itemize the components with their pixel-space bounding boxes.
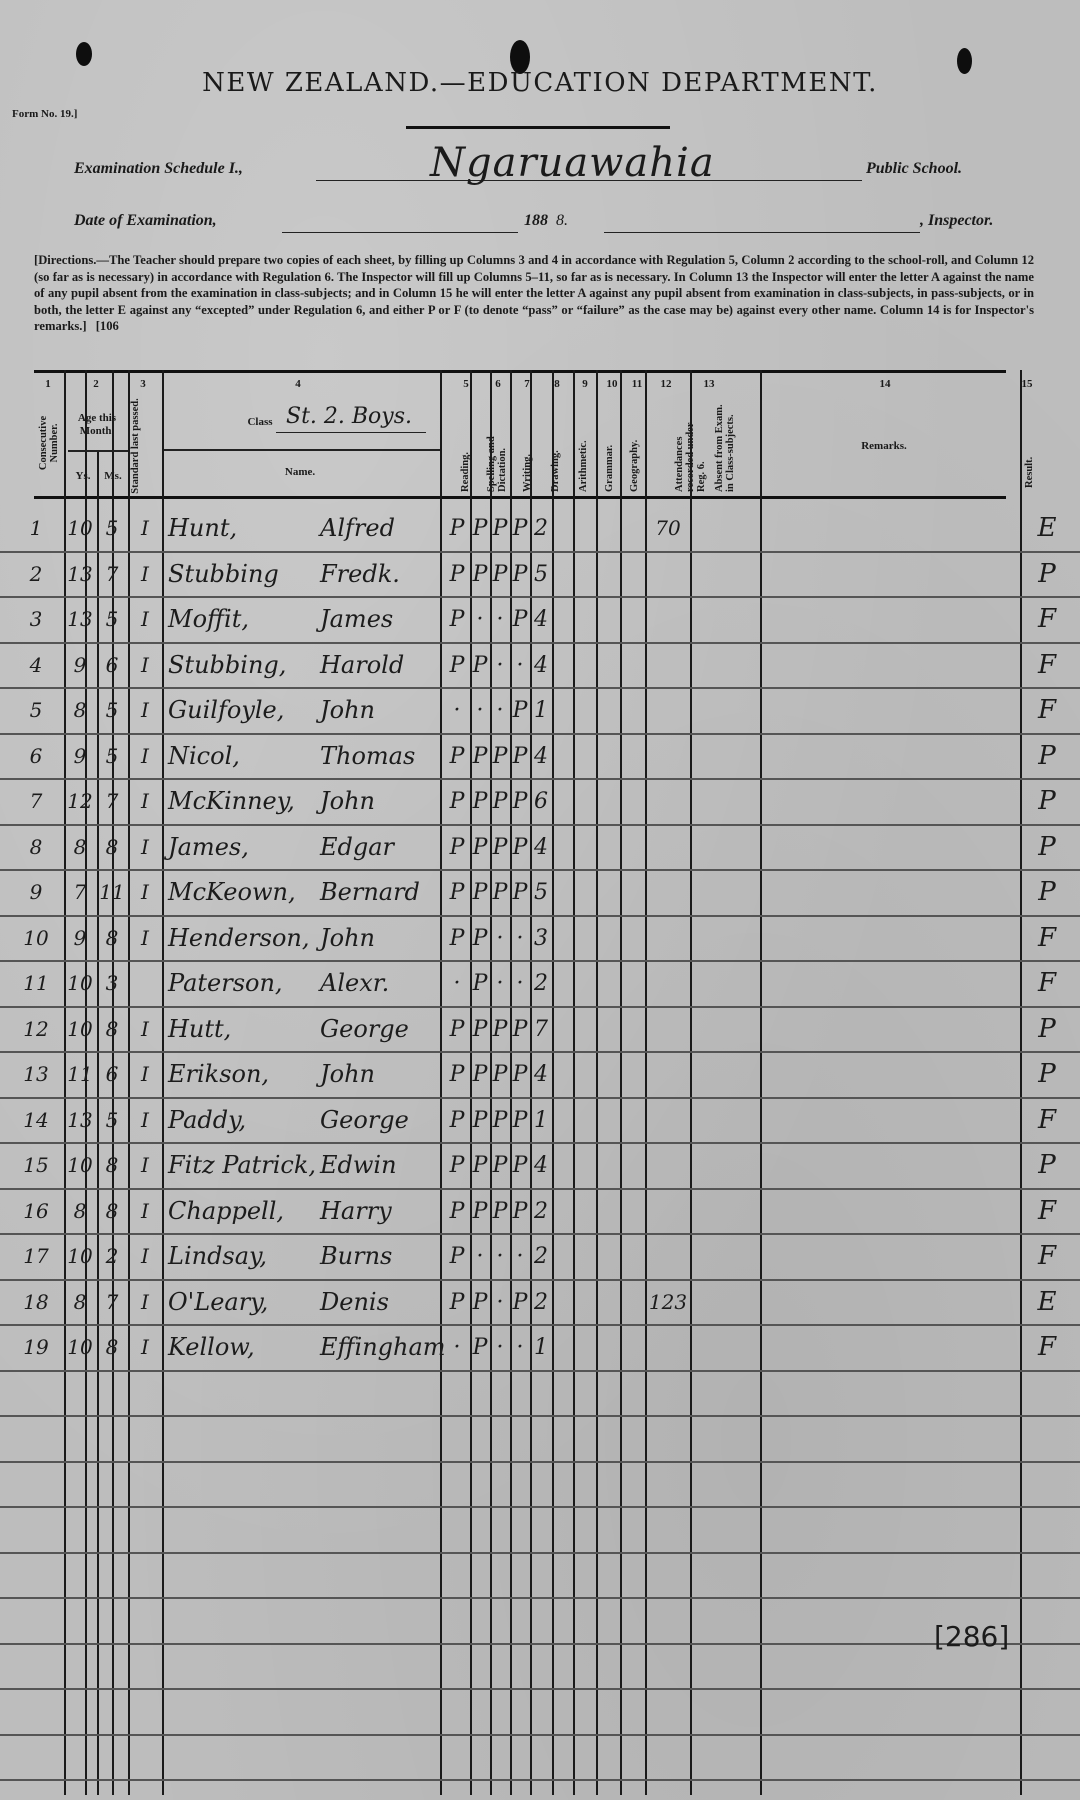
attendances-cell[interactable] xyxy=(646,1098,690,1142)
writing-cell[interactable]: · xyxy=(490,961,510,1005)
consecutive-number-cell[interactable]: 17 xyxy=(10,1234,62,1278)
geography-cell[interactable] xyxy=(573,1234,596,1278)
grammar-cell[interactable] xyxy=(552,734,573,778)
remarks-cell[interactable] xyxy=(762,1098,1018,1142)
arithmetic-cell[interactable]: 4 xyxy=(530,1052,552,1096)
age-months-cell[interactable]: 2 xyxy=(98,1234,126,1278)
drawing-cell[interactable]: P xyxy=(510,734,530,778)
result-cell[interactable]: F xyxy=(1022,1325,1072,1369)
grammar-cell[interactable] xyxy=(552,961,573,1005)
given-name-cell[interactable]: Thomas xyxy=(316,734,444,778)
surname-cell[interactable]: Chappell, xyxy=(164,1189,318,1233)
grammar-cell[interactable] xyxy=(552,1280,573,1324)
result-cell[interactable]: F xyxy=(1022,688,1072,732)
given-name-cell[interactable]: Fredk. xyxy=(316,552,444,596)
drawing-cell[interactable]: · xyxy=(510,643,530,687)
surname-cell[interactable]: James, xyxy=(164,825,318,869)
arithmetic-cell[interactable]: 2 xyxy=(530,506,552,550)
grammar-cell[interactable] xyxy=(552,916,573,960)
standard-cell[interactable]: I xyxy=(129,1234,161,1278)
arithmetic-cell[interactable]: 5 xyxy=(530,870,552,914)
age-years-cell[interactable]: 13 xyxy=(66,597,94,641)
writing-cell[interactable]: · xyxy=(490,1325,510,1369)
remarks-cell[interactable] xyxy=(762,552,1018,596)
spelling-cell[interactable]: P xyxy=(470,1098,490,1142)
age-years-cell[interactable]: 11 xyxy=(66,1052,94,1096)
age-years-cell[interactable]: 9 xyxy=(66,643,94,687)
spelling-cell[interactable]: · xyxy=(470,688,490,732)
given-name-cell[interactable]: John xyxy=(316,688,444,732)
consecutive-number-cell[interactable]: 12 xyxy=(10,1007,62,1051)
arithmetic-cell[interactable]: 4 xyxy=(530,734,552,778)
consecutive-number-cell[interactable]: 8 xyxy=(10,825,62,869)
arithmetic-cell[interactable]: 5 xyxy=(530,552,552,596)
reading-cell[interactable]: P xyxy=(445,1280,469,1324)
given-name-cell[interactable]: James xyxy=(316,597,444,641)
arithmetic-cell[interactable]: 4 xyxy=(530,643,552,687)
absent-cell[interactable] xyxy=(690,1234,760,1278)
reading-cell[interactable]: · xyxy=(445,1325,469,1369)
age-years-cell[interactable]: 8 xyxy=(66,1189,94,1233)
result-cell[interactable]: F xyxy=(1022,1189,1072,1233)
remarks-cell[interactable] xyxy=(762,825,1018,869)
age-years-cell[interactable]: 8 xyxy=(66,1280,94,1324)
given-name-cell[interactable]: Burns xyxy=(316,1234,444,1278)
attendances-cell[interactable] xyxy=(646,597,690,641)
arithmetic-cell[interactable]: 2 xyxy=(530,1189,552,1233)
standard-cell[interactable] xyxy=(129,961,161,1005)
attendances-cell[interactable] xyxy=(646,1189,690,1233)
remarks-cell[interactable] xyxy=(762,1234,1018,1278)
drawing-cell[interactable]: · xyxy=(510,961,530,1005)
standard-cell[interactable]: I xyxy=(129,1325,161,1369)
result-cell[interactable]: P xyxy=(1022,552,1072,596)
standard-cell[interactable]: I xyxy=(129,870,161,914)
grammar-cell[interactable] xyxy=(552,506,573,550)
arithmetic-cell[interactable]: 4 xyxy=(530,825,552,869)
absent-cell[interactable] xyxy=(690,506,760,550)
reading-cell[interactable]: P xyxy=(445,1189,469,1233)
class-value-field[interactable]: St. 2. Boys. xyxy=(286,404,412,429)
writing-cell[interactable]: · xyxy=(490,597,510,641)
age-years-cell[interactable]: 8 xyxy=(66,825,94,869)
standard-cell[interactable]: I xyxy=(129,779,161,823)
age-years-cell[interactable]: 10 xyxy=(66,1007,94,1051)
absent-cell[interactable] xyxy=(690,779,760,823)
result-cell[interactable]: E xyxy=(1022,506,1072,550)
drawing-cell[interactable]: P xyxy=(510,1280,530,1324)
remarks-cell[interactable] xyxy=(762,961,1018,1005)
arithmetic-cell[interactable]: 2 xyxy=(530,961,552,1005)
age-months-cell[interactable]: 6 xyxy=(98,643,126,687)
attendances-cell[interactable] xyxy=(646,643,690,687)
absent-cell[interactable] xyxy=(690,1007,760,1051)
age-years-cell[interactable]: 10 xyxy=(66,506,94,550)
writing-cell[interactable]: P xyxy=(490,1098,510,1142)
geography-cell[interactable] xyxy=(573,643,596,687)
absent-cell[interactable] xyxy=(690,1098,760,1142)
spelling-cell[interactable]: P xyxy=(470,552,490,596)
age-months-cell[interactable]: 3 xyxy=(98,961,126,1005)
age-years-cell[interactable]: 10 xyxy=(66,1143,94,1187)
arithmetic-cell[interactable]: 2 xyxy=(530,1234,552,1278)
consecutive-number-cell[interactable]: 5 xyxy=(10,688,62,732)
age-months-cell[interactable]: 8 xyxy=(98,1325,126,1369)
result-cell[interactable]: P xyxy=(1022,779,1072,823)
remarks-cell[interactable] xyxy=(762,779,1018,823)
absent-cell[interactable] xyxy=(690,916,760,960)
consecutive-number-cell[interactable]: 7 xyxy=(10,779,62,823)
geography-cell[interactable] xyxy=(573,1007,596,1051)
grammar-cell[interactable] xyxy=(552,1325,573,1369)
arithmetic-cell[interactable]: 4 xyxy=(530,597,552,641)
writing-cell[interactable]: P xyxy=(490,1007,510,1051)
age-years-cell[interactable]: 12 xyxy=(66,779,94,823)
arithmetic-cell[interactable]: 6 xyxy=(530,779,552,823)
arithmetic-cell[interactable]: 1 xyxy=(530,1325,552,1369)
absent-cell[interactable] xyxy=(690,1325,760,1369)
remarks-cell[interactable] xyxy=(762,870,1018,914)
arithmetic-cell[interactable]: 7 xyxy=(530,1007,552,1051)
writing-cell[interactable]: P xyxy=(490,1143,510,1187)
age-months-cell[interactable]: 5 xyxy=(98,506,126,550)
grammar-cell[interactable] xyxy=(552,1007,573,1051)
drawing-cell[interactable]: P xyxy=(510,779,530,823)
consecutive-number-cell[interactable]: 11 xyxy=(10,961,62,1005)
remarks-cell[interactable] xyxy=(762,1325,1018,1369)
reading-cell[interactable]: P xyxy=(445,916,469,960)
standard-cell[interactable]: I xyxy=(129,643,161,687)
given-name-cell[interactable]: George xyxy=(316,1098,444,1142)
result-cell[interactable]: F xyxy=(1022,597,1072,641)
writing-cell[interactable]: P xyxy=(490,734,510,778)
spelling-cell[interactable]: P xyxy=(470,916,490,960)
writing-cell[interactable]: P xyxy=(490,506,510,550)
result-cell[interactable]: F xyxy=(1022,961,1072,1005)
reading-cell[interactable]: P xyxy=(445,643,469,687)
consecutive-number-cell[interactable]: 9 xyxy=(10,870,62,914)
arithmetic-cell[interactable]: 1 xyxy=(530,1098,552,1142)
attendances-cell[interactable] xyxy=(646,1007,690,1051)
given-name-cell[interactable]: John xyxy=(316,779,444,823)
writing-cell[interactable]: P xyxy=(490,1189,510,1233)
result-cell[interactable]: F xyxy=(1022,643,1072,687)
age-months-cell[interactable]: 7 xyxy=(98,552,126,596)
result-cell[interactable]: P xyxy=(1022,734,1072,778)
standard-cell[interactable]: I xyxy=(129,506,161,550)
reading-cell[interactable]: · xyxy=(445,961,469,1005)
age-months-cell[interactable]: 7 xyxy=(98,779,126,823)
age-months-cell[interactable]: 5 xyxy=(98,734,126,778)
surname-cell[interactable]: Moffit, xyxy=(164,597,318,641)
consecutive-number-cell[interactable]: 3 xyxy=(10,597,62,641)
surname-cell[interactable]: McKeown, xyxy=(164,870,318,914)
drawing-cell[interactable]: P xyxy=(510,1007,530,1051)
grammar-cell[interactable] xyxy=(552,1234,573,1278)
surname-cell[interactable]: Hunt, xyxy=(164,506,318,550)
result-cell[interactable]: P xyxy=(1022,1007,1072,1051)
remarks-cell[interactable] xyxy=(762,734,1018,778)
remarks-cell[interactable] xyxy=(762,1143,1018,1187)
writing-cell[interactable]: P xyxy=(490,1052,510,1096)
surname-cell[interactable]: Kellow, xyxy=(164,1325,318,1369)
reading-cell[interactable]: P xyxy=(445,1143,469,1187)
remarks-cell[interactable] xyxy=(762,643,1018,687)
reading-cell[interactable]: P xyxy=(445,506,469,550)
grammar-cell[interactable] xyxy=(552,552,573,596)
remarks-cell[interactable] xyxy=(762,1189,1018,1233)
absent-cell[interactable] xyxy=(690,734,760,778)
geography-cell[interactable] xyxy=(573,734,596,778)
writing-cell[interactable]: · xyxy=(490,1280,510,1324)
age-months-cell[interactable]: 8 xyxy=(98,1189,126,1233)
remarks-cell[interactable] xyxy=(762,1280,1018,1324)
geography-cell[interactable] xyxy=(573,961,596,1005)
given-name-cell[interactable]: George xyxy=(316,1007,444,1051)
geography-cell[interactable] xyxy=(573,870,596,914)
spelling-cell[interactable]: P xyxy=(470,643,490,687)
writing-cell[interactable]: · xyxy=(490,916,510,960)
standard-cell[interactable]: I xyxy=(129,688,161,732)
age-years-cell[interactable]: 9 xyxy=(66,916,94,960)
age-months-cell[interactable]: 8 xyxy=(98,825,126,869)
age-months-cell[interactable]: 8 xyxy=(98,916,126,960)
absent-cell[interactable] xyxy=(690,825,760,869)
grammar-cell[interactable] xyxy=(552,1098,573,1142)
absent-cell[interactable] xyxy=(690,597,760,641)
standard-cell[interactable]: I xyxy=(129,825,161,869)
absent-cell[interactable] xyxy=(690,1189,760,1233)
surname-cell[interactable]: Nicol, xyxy=(164,734,318,778)
geography-cell[interactable] xyxy=(573,1325,596,1369)
spelling-cell[interactable]: P xyxy=(470,1189,490,1233)
absent-cell[interactable] xyxy=(690,1143,760,1187)
standard-cell[interactable]: I xyxy=(129,552,161,596)
age-months-cell[interactable]: 11 xyxy=(98,870,126,914)
writing-cell[interactable]: P xyxy=(490,825,510,869)
attendances-cell[interactable] xyxy=(646,688,690,732)
spelling-cell[interactable]: P xyxy=(470,825,490,869)
reading-cell[interactable]: P xyxy=(445,870,469,914)
surname-cell[interactable]: O'Leary, xyxy=(164,1280,318,1324)
writing-cell[interactable]: P xyxy=(490,870,510,914)
attendances-cell[interactable] xyxy=(646,552,690,596)
attendances-cell[interactable] xyxy=(646,1234,690,1278)
consecutive-number-cell[interactable]: 1 xyxy=(10,506,62,550)
attendances-cell[interactable] xyxy=(646,870,690,914)
grammar-cell[interactable] xyxy=(552,1189,573,1233)
consecutive-number-cell[interactable]: 10 xyxy=(10,916,62,960)
result-cell[interactable]: P xyxy=(1022,825,1072,869)
age-months-cell[interactable]: 6 xyxy=(98,1052,126,1096)
reading-cell[interactable]: P xyxy=(445,597,469,641)
remarks-cell[interactable] xyxy=(762,688,1018,732)
standard-cell[interactable]: I xyxy=(129,916,161,960)
standard-cell[interactable]: I xyxy=(129,1280,161,1324)
drawing-cell[interactable]: P xyxy=(510,1098,530,1142)
geography-cell[interactable] xyxy=(573,552,596,596)
drawing-cell[interactable]: P xyxy=(510,870,530,914)
remarks-cell[interactable] xyxy=(762,1052,1018,1096)
geography-cell[interactable] xyxy=(573,688,596,732)
reading-cell[interactable]: P xyxy=(445,779,469,823)
absent-cell[interactable] xyxy=(690,870,760,914)
geography-cell[interactable] xyxy=(573,1189,596,1233)
drawing-cell[interactable]: P xyxy=(510,1143,530,1187)
spelling-cell[interactable]: P xyxy=(470,1007,490,1051)
remarks-cell[interactable] xyxy=(762,597,1018,641)
consecutive-number-cell[interactable]: 13 xyxy=(10,1052,62,1096)
absent-cell[interactable] xyxy=(690,643,760,687)
spelling-cell[interactable]: P xyxy=(470,1052,490,1096)
arithmetic-cell[interactable]: 2 xyxy=(530,1280,552,1324)
drawing-cell[interactable]: P xyxy=(510,1052,530,1096)
attendances-cell[interactable] xyxy=(646,779,690,823)
standard-cell[interactable]: I xyxy=(129,734,161,778)
writing-cell[interactable]: P xyxy=(490,552,510,596)
given-name-cell[interactable]: Harold xyxy=(316,643,444,687)
writing-cell[interactable]: P xyxy=(490,779,510,823)
surname-cell[interactable]: Paterson, xyxy=(164,961,318,1005)
reading-cell[interactable]: P xyxy=(445,552,469,596)
age-years-cell[interactable]: 10 xyxy=(66,1325,94,1369)
attendances-cell[interactable] xyxy=(646,1325,690,1369)
drawing-cell[interactable]: P xyxy=(510,688,530,732)
consecutive-number-cell[interactable]: 2 xyxy=(10,552,62,596)
consecutive-number-cell[interactable]: 18 xyxy=(10,1280,62,1324)
absent-cell[interactable] xyxy=(690,961,760,1005)
grammar-cell[interactable] xyxy=(552,779,573,823)
given-name-cell[interactable]: John xyxy=(316,916,444,960)
reading-cell[interactable]: P xyxy=(445,1052,469,1096)
result-cell[interactable]: F xyxy=(1022,1234,1072,1278)
age-years-cell[interactable]: 7 xyxy=(66,870,94,914)
drawing-cell[interactable]: · xyxy=(510,916,530,960)
spelling-cell[interactable]: P xyxy=(470,870,490,914)
given-name-cell[interactable]: Denis xyxy=(316,1280,444,1324)
age-years-cell[interactable]: 13 xyxy=(66,552,94,596)
result-cell[interactable]: F xyxy=(1022,1098,1072,1142)
age-years-cell[interactable]: 10 xyxy=(66,1234,94,1278)
age-years-cell[interactable]: 13 xyxy=(66,1098,94,1142)
geography-cell[interactable] xyxy=(573,597,596,641)
result-cell[interactable]: F xyxy=(1022,916,1072,960)
standard-cell[interactable]: I xyxy=(129,1189,161,1233)
given-name-cell[interactable]: Edwin xyxy=(316,1143,444,1187)
attendances-cell[interactable]: 70 xyxy=(646,506,690,550)
surname-cell[interactable]: Erikson, xyxy=(164,1052,318,1096)
age-months-cell[interactable]: 5 xyxy=(98,1098,126,1142)
given-name-cell[interactable]: Alexr. xyxy=(316,961,444,1005)
geography-cell[interactable] xyxy=(573,779,596,823)
geography-cell[interactable] xyxy=(573,1098,596,1142)
standard-cell[interactable]: I xyxy=(129,1098,161,1142)
standard-cell[interactable]: I xyxy=(129,1007,161,1051)
reading-cell[interactable]: P xyxy=(445,1007,469,1051)
surname-cell[interactable]: Guilfoyle, xyxy=(164,688,318,732)
drawing-cell[interactable]: P xyxy=(510,1189,530,1233)
reading-cell[interactable]: P xyxy=(445,825,469,869)
grammar-cell[interactable] xyxy=(552,643,573,687)
grammar-cell[interactable] xyxy=(552,688,573,732)
age-months-cell[interactable]: 8 xyxy=(98,1143,126,1187)
arithmetic-cell[interactable]: 3 xyxy=(530,916,552,960)
date-field[interactable] xyxy=(282,232,518,233)
reading-cell[interactable]: P xyxy=(445,734,469,778)
standard-cell[interactable]: I xyxy=(129,1143,161,1187)
geography-cell[interactable] xyxy=(573,1143,596,1187)
geography-cell[interactable] xyxy=(573,916,596,960)
grammar-cell[interactable] xyxy=(552,870,573,914)
writing-cell[interactable]: · xyxy=(490,688,510,732)
consecutive-number-cell[interactable]: 4 xyxy=(10,643,62,687)
spelling-cell[interactable]: · xyxy=(470,597,490,641)
consecutive-number-cell[interactable]: 14 xyxy=(10,1098,62,1142)
spelling-cell[interactable]: P xyxy=(470,779,490,823)
given-name-cell[interactable]: John xyxy=(316,1052,444,1096)
surname-cell[interactable]: Henderson, xyxy=(164,916,318,960)
consecutive-number-cell[interactable]: 6 xyxy=(10,734,62,778)
drawing-cell[interactable]: · xyxy=(510,1234,530,1278)
spelling-cell[interactable]: P xyxy=(470,506,490,550)
standard-cell[interactable]: I xyxy=(129,597,161,641)
spelling-cell[interactable]: P xyxy=(470,1280,490,1324)
surname-cell[interactable]: McKinney, xyxy=(164,779,318,823)
given-name-cell[interactable]: Edgar xyxy=(316,825,444,869)
age-years-cell[interactable]: 9 xyxy=(66,734,94,778)
age-months-cell[interactable]: 7 xyxy=(98,1280,126,1324)
consecutive-number-cell[interactable]: 19 xyxy=(10,1325,62,1369)
given-name-cell[interactable]: Bernard xyxy=(316,870,444,914)
reading-cell[interactable]: P xyxy=(445,1234,469,1278)
surname-cell[interactable]: Stubbing xyxy=(164,552,318,596)
drawing-cell[interactable]: · xyxy=(510,1325,530,1369)
absent-cell[interactable] xyxy=(690,1280,760,1324)
geography-cell[interactable] xyxy=(573,506,596,550)
consecutive-number-cell[interactable]: 15 xyxy=(10,1143,62,1187)
given-name-cell[interactable]: Alfred xyxy=(316,506,444,550)
school-name-field[interactable]: Ngaruawahia xyxy=(430,140,715,186)
attendances-cell[interactable] xyxy=(646,825,690,869)
surname-cell[interactable]: Lindsay, xyxy=(164,1234,318,1278)
writing-cell[interactable]: · xyxy=(490,643,510,687)
drawing-cell[interactable]: P xyxy=(510,597,530,641)
age-months-cell[interactable]: 5 xyxy=(98,688,126,732)
drawing-cell[interactable]: P xyxy=(510,552,530,596)
arithmetic-cell[interactable]: 4 xyxy=(530,1143,552,1187)
spelling-cell[interactable]: P xyxy=(470,961,490,1005)
result-cell[interactable]: P xyxy=(1022,1052,1072,1096)
inspector-field[interactable] xyxy=(604,232,920,233)
grammar-cell[interactable] xyxy=(552,597,573,641)
age-months-cell[interactable]: 5 xyxy=(98,597,126,641)
result-cell[interactable]: E xyxy=(1022,1280,1072,1324)
attendances-cell[interactable] xyxy=(646,734,690,778)
surname-cell[interactable]: Hutt, xyxy=(164,1007,318,1051)
attendances-cell[interactable] xyxy=(646,916,690,960)
reading-cell[interactable]: · xyxy=(445,688,469,732)
arithmetic-cell[interactable]: 1 xyxy=(530,688,552,732)
attendances-cell[interactable] xyxy=(646,1052,690,1096)
grammar-cell[interactable] xyxy=(552,825,573,869)
spelling-cell[interactable]: · xyxy=(470,1234,490,1278)
given-name-cell[interactable]: Harry xyxy=(316,1189,444,1233)
given-name-cell[interactable]: Effingham xyxy=(316,1325,444,1369)
spelling-cell[interactable]: P xyxy=(470,1143,490,1187)
absent-cell[interactable] xyxy=(690,552,760,596)
absent-cell[interactable] xyxy=(690,1052,760,1096)
geography-cell[interactable] xyxy=(573,1280,596,1324)
